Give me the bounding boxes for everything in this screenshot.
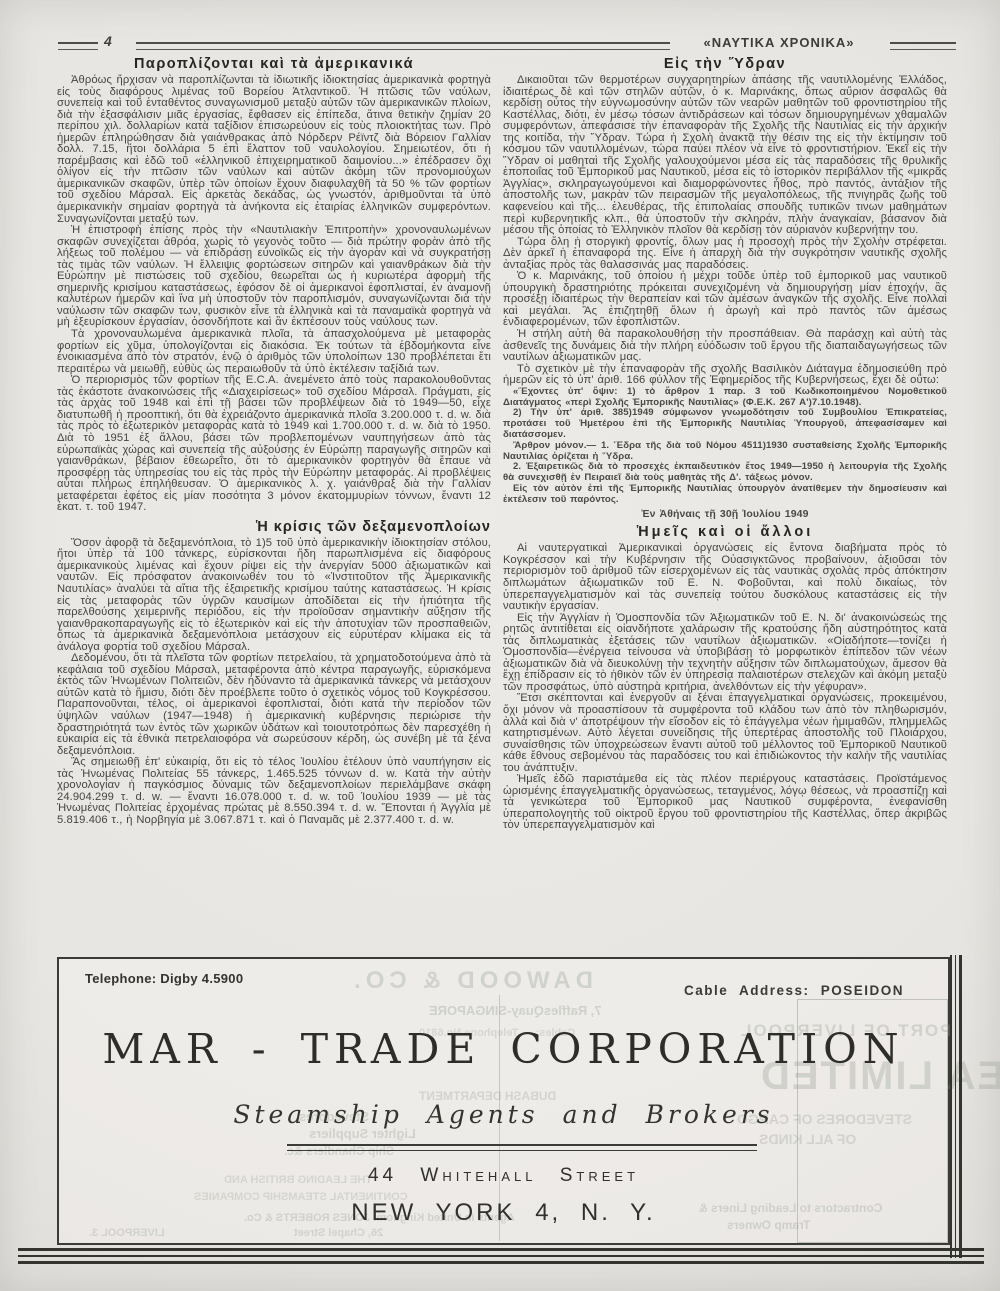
paragraph: Ὅσον ἀφορᾷ τὰ δεξαμενόπλοια, τὸ 1)5 τοῦ …	[57, 538, 491, 653]
decree-line: Ἄρθρον μόνον.— 1. Ἕδρα τῆς διὰ τοῦ Νόμου…	[503, 441, 947, 463]
paragraph: Τὰ χρονοναυλωμένα ἀμερικανικὰ πλοῖα, τὰ …	[57, 329, 491, 375]
ad-telephone: Telephone: Digby 4.5900	[85, 971, 243, 986]
paragraph: Δικαιοῦται τῶν θερμοτέρων συγχαρητηρίων …	[503, 75, 947, 237]
bleedthrough-all-kinds: OF ALL KINDS	[759, 1131, 856, 1147]
right-column: Εἰς τὴν Ὕδραν Δικαιοῦται τῶν θερμοτέρων …	[503, 56, 947, 954]
bleedthrough-chapel: 26, Chapel Street	[294, 1227, 383, 1239]
bleedthrough-dawood: DAWOOD & CO.	[349, 967, 593, 995]
paragraph: Ἔτσι σκέπτονται καὶ ἐνεργοῦν αἱ ξέναι ἐπ…	[503, 693, 947, 774]
left-column: Παροπλίζονται καὶ τὰ ἀμερικανικά Ἀθρόως …	[57, 56, 491, 954]
header-rule-center	[136, 42, 670, 50]
decree-line: Εἰς τὸν αὐτὸν ἐπὶ τῆς Ἐμπορικῆς Ναυτιλία…	[503, 484, 947, 506]
decree-line: 2) Τὴν ὑπ' ἀριθ. 385)1949 σύμφωνον γνωμο…	[503, 408, 947, 440]
mar-trade-advertisement: DAWOOD & CO. 7, RafflesQuay-SINGAPORE Ca…	[57, 957, 950, 1245]
paragraph: Ἡ ἐπιστροφὴ ἐπίσης πρὸς τὴν «Ναυτιλιακὴν…	[57, 225, 491, 329]
masthead-title: «ΝΑΥΤΙΚΑ ΧΡΟΝΙΚΑ»	[676, 35, 882, 50]
article-columns: Παροπλίζονται καὶ τὰ ἀμερικανικά Ἀθρόως …	[57, 56, 947, 954]
ad-city-address: NEW YORK 4, N. Y.	[59, 1199, 948, 1227]
paragraph: Ὁ κ. Μαρινάκης, τοῦ ὁποίου ἡ μέχρι τοῦδε…	[503, 271, 947, 329]
ad-street-address: 44 Whitehall Street	[59, 1165, 948, 1187]
paragraph: Τὸ σχετικὸν μὲ τὴν ἐπαναφορὰν τῆς σχολῆς…	[503, 364, 947, 387]
decree-line: «Ἔχοντες ὑπ' ὄψιν: 1) τὸ ἄρθρον 1 παρ. 3…	[503, 387, 947, 409]
header-rule-right	[890, 42, 956, 50]
paragraph: Ἀθρόως ἤρχισαν νὰ παροπλίζωνται τὰ ἰδιωτ…	[57, 75, 491, 225]
decree-dateline: Ἐν Ἀθήναις τῇ 30ῇ Ἰουλίου 1949	[503, 509, 947, 520]
scanned-newspaper-page: 4 «ΝΑΥΤΙΚΑ ΧΡΟΝΙΚΑ» Παροπλίζονται καὶ τὰ…	[0, 0, 1000, 1291]
article-title-to-hydra: Εἰς τὴν Ὕδραν	[503, 56, 947, 72]
ad-company-name: MAR - TRADE CORPORATION	[59, 1025, 948, 1073]
ad-tagline-rule	[287, 1144, 757, 1151]
paragraph: Δεδομένου, ὅτι τὰ πλεῖστα τῶν φορτίων πε…	[57, 653, 491, 757]
paragraph: Τώρα ὅλη ἡ στοργικὴ φροντίς, ὅλων μας ἡ …	[503, 237, 947, 272]
paragraph: Ἡμεῖς ἐδῶ παριστάμεθα εἰς τὰς πλέον περι…	[503, 774, 947, 832]
bleedthrough-liverpool: LIVERPOOL 3.	[89, 1227, 165, 1239]
paragraph: Εἰς τὴν Ἀγγλίαν ἡ Ὁμοσπονδία τῶν Ἀξιωματ…	[503, 613, 947, 694]
ad-cable-address: Cable Address: POSEIDON	[684, 983, 904, 998]
page-edge-vertical-rule	[950, 955, 962, 1258]
paragraph: Ἡ στήλη αὐτὴ θὰ παρακολουθήσῃ τὴν προσπά…	[503, 329, 947, 364]
paragraph: Ὁ περιορισμὸς τῶν φορτίων τῆς E.C.A. ἀνε…	[57, 375, 491, 514]
paragraph: Αἱ ναυτεργατικαὶ Ἀμερικανικαὶ ὀργανώσεις…	[503, 543, 947, 612]
page-number: 4	[104, 33, 112, 49]
article-title-we-and-the-others: Ἡμεῖς καὶ οἱ ἄλλοι	[503, 524, 947, 540]
paragraph: Ἂς σημειωθῇ ἐπ' εὐκαιρίᾳ, ὅτι εἰς τὸ τέλ…	[57, 757, 491, 826]
ad-tagline: Steamship Agents and Brokers	[59, 1100, 948, 1129]
bleedthrough-raffles: 7, RafflesQuay-SINGAPORE	[429, 1003, 602, 1018]
page-bottom-rule	[18, 1248, 984, 1264]
article-title-laid-up-american: Παροπλίζονται καὶ τὰ ἀμερικανικά	[57, 56, 491, 72]
header-rule-left	[58, 42, 98, 50]
decree-line: 2. Ἐξαιρετικῶς διὰ τὸ προσεχὲς ἐκπαιδευτ…	[503, 462, 947, 484]
article-title-tanker-crisis: Ἡ κρίσις τῶν δεξαμενοπλοίων	[57, 519, 491, 535]
